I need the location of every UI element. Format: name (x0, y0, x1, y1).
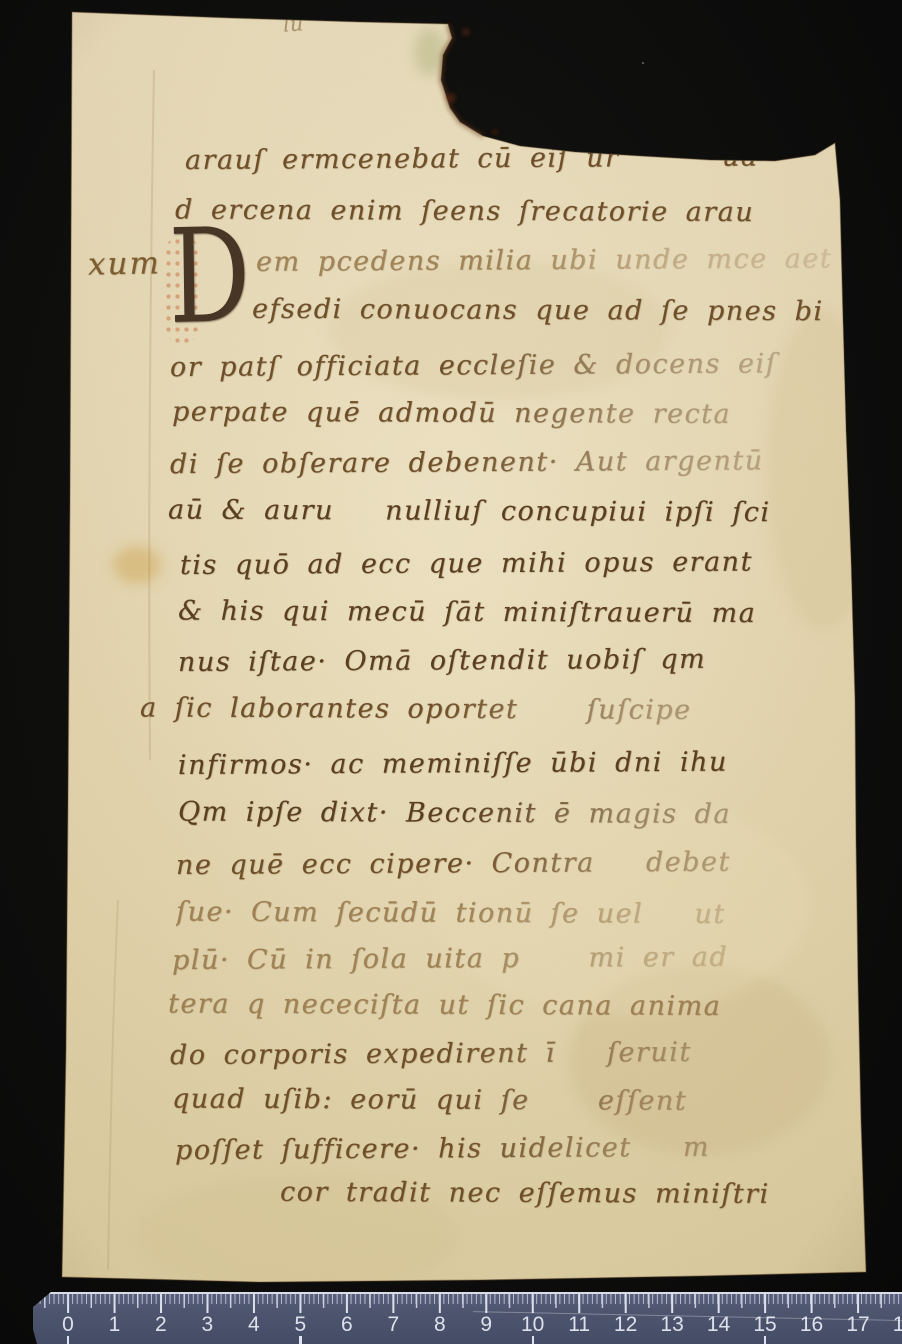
ruler-number: 17 (846, 1313, 869, 1337)
ruler-number: 4 (248, 1313, 260, 1337)
manuscript-text-line: tera q nececiſta ut ſic cana anima (168, 989, 848, 1023)
manuscript-text-line: em pcedens milia ubi unde mce aet (256, 243, 848, 278)
ruler-number: 2 (155, 1313, 167, 1337)
ruler-number: 1 (109, 1313, 121, 1337)
manuscript-text-line: do corporis expedirent ī ſeruit (170, 1036, 848, 1071)
manuscript-text-line: ſue· Cum ſecūdū tionū ſe uel ut (176, 897, 848, 931)
ruler-number: 3 (202, 1313, 214, 1337)
manuscript-text-line: a ſic laborantes oportet ſuſcipe (140, 692, 848, 726)
manuscript-text-line: tis quō ad ecc que mihi opus erant (180, 546, 848, 581)
tear-spot (492, 129, 498, 135)
ruler-number: 0 (62, 1313, 74, 1337)
manuscript-text-line: plū· Cū in ſola uita p mi er ad (172, 941, 848, 976)
manuscript-text-line: di ſe obſerare debenent· Aut argentū (170, 445, 848, 480)
manuscript-text-block: arauſ ermcenebat cū eiſ ur ua d ercena e… (0, 0, 902, 1344)
ruler-number: 18 (893, 1313, 902, 1337)
manuscript-text-line: cor tradit nec eſſemus miniſtri (280, 1177, 848, 1210)
tear-spot (462, 28, 470, 36)
manuscript-text-line: poſſet ſufficere· his uidelicet m (175, 1131, 848, 1166)
photo-frame: arauſ ermcenebat cū eiſ ur ua d ercena e… (0, 0, 902, 1344)
ruler-bottom-tick (532, 1336, 534, 1344)
ruler-number: 10 (521, 1313, 544, 1337)
manuscript-text-line: Qm ipſe dixt· Beccenit ē magis da (178, 797, 848, 831)
ruler-number: 7 (387, 1313, 399, 1337)
manuscript-text-line: perpate quē admodū negente recta (172, 397, 848, 431)
manuscript-text-line: d ercena enim ſeens ſrecatorie arau (175, 195, 847, 229)
manuscript-text-line: quad uſib: eorū qui ſe eſſent (172, 1084, 848, 1118)
ruler-number: 13 (660, 1313, 683, 1337)
ruler-number: 6 (341, 1313, 353, 1337)
manuscript-text-line: infirmos· ac meminiſſe ūbi dni ihu (178, 746, 848, 781)
manuscript-text-line: & his qui mecū ſāt miniſtrauerū ma (178, 596, 848, 630)
ruler-mm-ticks (33, 1294, 902, 1304)
manuscript-text-line: or patſ officiata eccleſie & docens eiſ (170, 348, 848, 383)
ruler-number: 9 (480, 1313, 492, 1337)
ruler-number: 5 (295, 1313, 307, 1337)
manuscript-text-line: efsedi conuocans que ad ſe pnes bi (252, 294, 848, 328)
ruler-bottom-tick (67, 1336, 69, 1344)
ruler-number: 12 (614, 1313, 637, 1337)
ruler-number: 16 (800, 1313, 823, 1337)
initial-capital-D: D (168, 210, 251, 342)
manuscript-text-line: aū & auru nulliuſ concupiui ipſi ſci (168, 495, 848, 529)
measurement-ruler: 0 1 2 3 4 5 6 7 8 9 10 11 12 13 14 15 16… (33, 1292, 902, 1344)
ruler-number: 8 (434, 1313, 446, 1337)
ruler-bottom-tick (764, 1336, 766, 1344)
manuscript-text-line: nus iſtae· Omā oſtendit uobiſ qm (178, 643, 848, 678)
ruler-bottom-tick (299, 1336, 301, 1344)
ruler-number: 11 (568, 1313, 590, 1337)
margin-note: xum (88, 245, 161, 282)
manuscript-text-line: ne quē ecc cipere· Contra debet (176, 846, 848, 881)
